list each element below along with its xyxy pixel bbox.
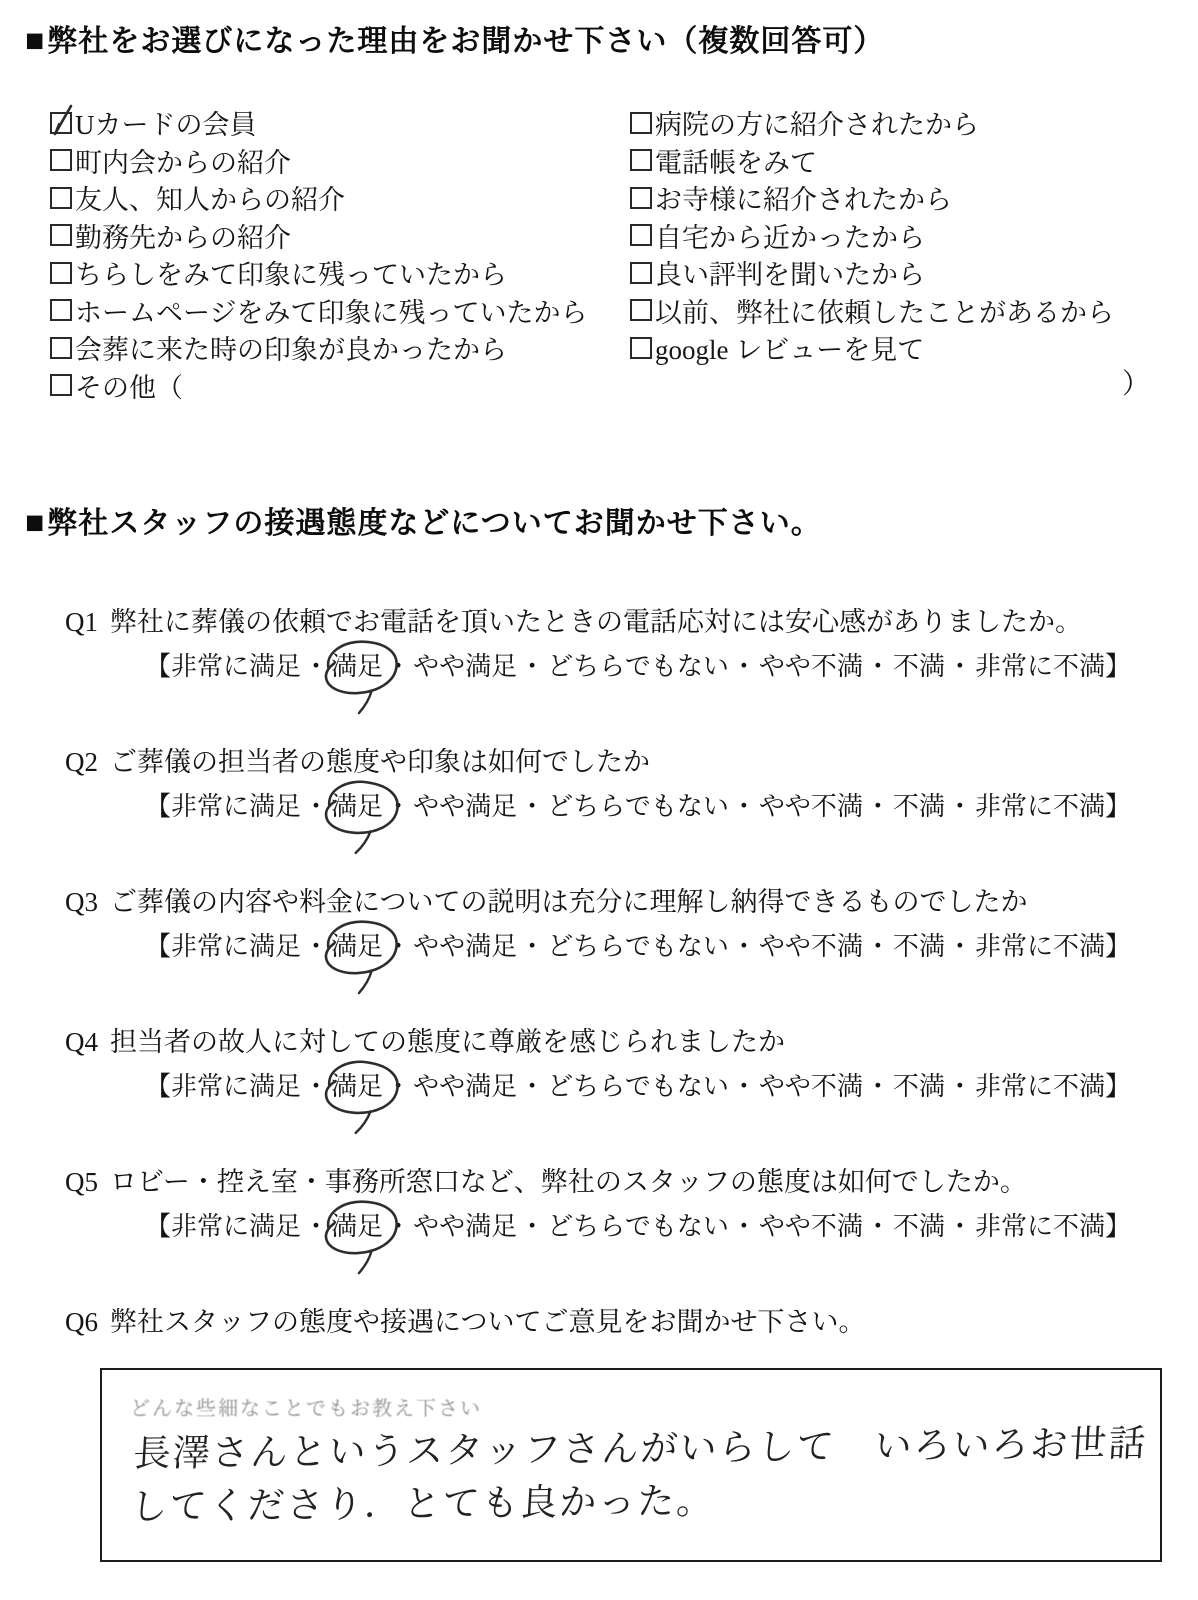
reason-option-label: お寺様に紹介されたから: [655, 178, 952, 217]
scale-separator: ・: [519, 1212, 545, 1241]
scale-option-label: 満足: [331, 932, 383, 961]
scale-separator: ・: [731, 652, 757, 681]
reason-option-label: 友人、知人からの紹介: [75, 178, 345, 217]
scale-option: どちらでもない: [547, 792, 729, 821]
question-text: ご葬儀の内容や料金についての説明は充分に理解し納得できるものでしたか: [110, 887, 1027, 917]
scale-separator: ・: [303, 792, 329, 821]
question-line: Q2ご葬儀の担当者の態度や印象は如何でしたか: [65, 740, 650, 779]
reason-option: 良い評判を聞いたから: [630, 254, 1114, 292]
question-number: Q4: [65, 1027, 98, 1057]
question-line: Q1弊社に葬儀の依頼でお電話を頂いたときの電話応対には安心感がありましたか。: [65, 600, 1082, 639]
scale-open-bracket: 【: [145, 932, 171, 961]
scale-separator: ・: [865, 652, 891, 681]
scale-option: 不満: [893, 652, 945, 681]
comment-box-placeholder: どんな些細なことでもお教え下さい: [130, 1392, 482, 1421]
question-line: Q3ご葬儀の内容や料金についての説明は充分に理解し納得できるものでしたか: [65, 880, 1027, 919]
scale-option-label: 満足: [331, 792, 383, 821]
checkbox-icon: [50, 149, 72, 171]
question-number: Q1: [65, 607, 98, 637]
reason-option-label: 会葬に来た時の印象が良かったから: [75, 328, 507, 367]
reason-option-label: 町内会からの紹介: [75, 141, 291, 180]
checkbox-icon: [630, 224, 652, 246]
reason-option: 勤務先からの紹介: [50, 217, 587, 255]
checkbox-icon: [50, 224, 72, 246]
handwritten-comment: 長澤さんというスタッフさんがいらして いろいろお世話してくださり．とても良かった…: [129, 1417, 1149, 1534]
scale-separator: ・: [385, 1212, 411, 1241]
scale-separator: ・: [947, 652, 973, 681]
scale-option-label: 満足: [331, 1212, 383, 1241]
reason-option: お寺様に紹介されたから: [630, 179, 1114, 217]
question-number: Q2: [65, 747, 98, 777]
checkbox-checked-icon: [50, 112, 72, 134]
rating-scale: 【非常に満足・満足・やや満足・どちらでもない・やや不満・不満・非常に不満】: [145, 1066, 1131, 1103]
scale-close-bracket: 】: [1105, 1212, 1131, 1241]
reason-option-label: その他（: [75, 366, 183, 405]
scale-separator: ・: [947, 932, 973, 961]
question-number: Q5: [65, 1167, 98, 1197]
scale-option: 非常に不満: [975, 1212, 1105, 1241]
scale-option: やや不満: [759, 652, 863, 681]
question-line: Q5ロビー・控え室・事務所窓口など、弊社のスタッフの態度は如何でしたか。: [65, 1160, 1027, 1199]
reason-option-label: 良い評判を聞いたから: [655, 253, 925, 292]
scale-option: やや満足: [413, 1212, 517, 1241]
reason-option-label: 自宅から近かったから: [655, 216, 925, 255]
reason-option-label: 病院の方に紹介されたから: [655, 103, 979, 142]
checkbox-icon: [630, 149, 652, 171]
checkbox-icon: [50, 262, 72, 284]
scale-option-label: 満足: [331, 652, 383, 681]
scale-option: 非常に不満: [975, 792, 1105, 821]
rating-scale: 【非常に満足・満足・やや満足・どちらでもない・やや不満・不満・非常に不満】: [145, 646, 1131, 683]
handwritten-line: 長澤さんというスタッフさんがいらして いろいろお世話: [132, 1417, 1149, 1481]
scale-option: やや満足: [413, 652, 517, 681]
other-close-paren: ）: [1122, 362, 1150, 402]
reason-option: google レビューを見て: [630, 329, 1114, 367]
scale-separator: ・: [731, 932, 757, 961]
scale-close-bracket: 】: [1105, 1072, 1131, 1101]
scale-option: やや満足: [413, 932, 517, 961]
reason-options-left-column: Uカードの会員町内会からの紹介友人、知人からの紹介勤務先からの紹介ちらしをみて印…: [50, 104, 587, 404]
scale-separator: ・: [385, 792, 411, 821]
question-number: Q6: [65, 1307, 98, 1337]
scale-option: どちらでもない: [547, 932, 729, 961]
scale-separator: ・: [385, 932, 411, 961]
scale-separator: ・: [947, 792, 973, 821]
section-reasons-header: ■弊社をお選びになった理由をお聞かせ下さい（複数回答可）: [25, 16, 884, 60]
checkbox-icon: [50, 187, 72, 209]
scale-option: やや不満: [759, 1212, 863, 1241]
scale-separator: ・: [385, 1072, 411, 1101]
scale-option: やや不満: [759, 932, 863, 961]
scale-separator: ・: [865, 932, 891, 961]
checkbox-icon: [630, 299, 652, 321]
scale-option: 非常に満足: [171, 792, 301, 821]
reason-options-right-column: 病院の方に紹介されたから電話帳をみてお寺様に紹介されたから自宅から近かったから良…: [630, 104, 1114, 367]
scale-separator: ・: [865, 792, 891, 821]
reason-option-label: 電話帳をみて: [655, 141, 817, 180]
scale-separator: ・: [303, 1072, 329, 1101]
reason-option: 以前、弊社に依頼したことがあるから: [630, 292, 1114, 330]
reason-option: 会葬に来た時の印象が良かったから: [50, 329, 587, 367]
rating-scale: 【非常に満足・満足・やや満足・どちらでもない・やや不満・不満・非常に不満】: [145, 1206, 1131, 1243]
reason-option: 電話帳をみて: [630, 142, 1114, 180]
section-marker-icon: ■: [25, 22, 45, 58]
scale-separator: ・: [303, 652, 329, 681]
reason-option-label: ちらしをみて印象に残っていたから: [75, 253, 507, 292]
reason-option: 病院の方に紹介されたから: [630, 104, 1114, 142]
reason-option-label: 以前、弊社に依頼したことがあるから: [655, 291, 1114, 330]
scale-option-circled: 満足: [331, 786, 383, 823]
scale-option: どちらでもない: [547, 1212, 729, 1241]
scale-open-bracket: 【: [145, 792, 171, 821]
checkbox-icon: [630, 262, 652, 284]
scale-option: 非常に満足: [171, 652, 301, 681]
scale-separator: ・: [385, 652, 411, 681]
scale-separator: ・: [865, 1072, 891, 1101]
question-q6: Q6弊社スタッフの態度や接遇についてご意見をお聞かせ下さい。: [65, 1300, 865, 1339]
scale-option-circled: 満足: [331, 1066, 383, 1103]
scale-option: やや不満: [759, 792, 863, 821]
scale-separator: ・: [303, 1212, 329, 1241]
scale-option-circled: 満足: [331, 1206, 383, 1243]
checkbox-icon: [630, 187, 652, 209]
scale-close-bracket: 】: [1105, 652, 1131, 681]
section-staff-header: ■弊社スタッフの接遇態度などについてお聞かせ下さい。: [25, 498, 822, 542]
reason-option-label: 勤務先からの紹介: [75, 216, 291, 255]
scale-separator: ・: [731, 1212, 757, 1241]
question-text: 弊社に葬儀の依頼でお電話を頂いたときの電話応対には安心感がありましたか。: [110, 607, 1082, 637]
scale-option: 非常に満足: [171, 1072, 301, 1101]
rating-scale: 【非常に満足・満足・やや満足・どちらでもない・やや不満・不満・非常に不満】: [145, 926, 1131, 963]
scale-separator: ・: [519, 652, 545, 681]
scale-option: やや満足: [413, 1072, 517, 1101]
scale-open-bracket: 【: [145, 1072, 171, 1101]
scale-separator: ・: [731, 1072, 757, 1101]
scale-option-circled: 満足: [331, 646, 383, 683]
handwritten-check-icon: [49, 102, 77, 142]
scale-separator: ・: [303, 932, 329, 961]
question-line: Q4担当者の故人に対しての態度に尊厳を感じられましたか: [65, 1020, 785, 1059]
scale-close-bracket: 】: [1105, 932, 1131, 961]
scale-option: やや満足: [413, 792, 517, 821]
section-marker-icon: ■: [25, 504, 45, 540]
scale-open-bracket: 【: [145, 652, 171, 681]
scale-option: 非常に満足: [171, 932, 301, 961]
scale-separator: ・: [865, 1212, 891, 1241]
section-staff-title: 弊社スタッフの接遇態度などについてお聞かせ下さい。: [47, 507, 821, 540]
scale-open-bracket: 【: [145, 1212, 171, 1241]
scale-separator: ・: [519, 1072, 545, 1101]
section-reasons-title: 弊社をお選びになった理由をお聞かせ下さい（複数回答可）: [47, 25, 884, 58]
scale-option: 不満: [893, 1212, 945, 1241]
checkbox-icon: [50, 337, 72, 359]
scale-option: 非常に不満: [975, 652, 1105, 681]
question-number: Q3: [65, 887, 98, 917]
reason-option-label: ホームページをみて印象に残っていたから: [75, 291, 587, 330]
scale-separator: ・: [731, 792, 757, 821]
scale-option: 不満: [893, 932, 945, 961]
scale-option: 非常に満足: [171, 1212, 301, 1241]
scale-separator: ・: [947, 1072, 973, 1101]
reason-option: 自宅から近かったから: [630, 217, 1114, 255]
question-text: ご葬儀の担当者の態度や印象は如何でしたか: [110, 747, 650, 777]
scale-separator: ・: [519, 792, 545, 821]
scale-option: 非常に不満: [975, 932, 1105, 961]
comment-box: どんな些細なことでもお教え下さい 長澤さんというスタッフさんがいらして いろいろ…: [100, 1368, 1162, 1562]
scale-option: どちらでもない: [547, 652, 729, 681]
reason-option-label: google レビューを見て: [655, 328, 924, 367]
reason-option: Uカードの会員: [50, 104, 587, 142]
reason-option: ホームページをみて印象に残っていたから: [50, 292, 587, 330]
scale-option: やや不満: [759, 1072, 863, 1101]
scale-close-bracket: 】: [1105, 792, 1131, 821]
scale-option-circled: 満足: [331, 926, 383, 963]
checkbox-icon: [630, 337, 652, 359]
checkbox-icon: [50, 374, 72, 396]
reason-option-label: Uカードの会員: [75, 103, 257, 142]
scale-option: 非常に不満: [975, 1072, 1105, 1101]
handwritten-line: してくださり．とても良かった。: [129, 1470, 1146, 1534]
scale-option: 不満: [893, 792, 945, 821]
reason-option: 友人、知人からの紹介: [50, 179, 587, 217]
scale-separator: ・: [947, 1212, 973, 1241]
scale-separator: ・: [519, 932, 545, 961]
checkbox-icon: [50, 299, 72, 321]
scale-option-label: 満足: [331, 1072, 383, 1101]
reason-option: ちらしをみて印象に残っていたから: [50, 254, 587, 292]
checkbox-icon: [630, 112, 652, 134]
scale-option: 不満: [893, 1072, 945, 1101]
question-text: ロビー・控え室・事務所窓口など、弊社のスタッフの態度は如何でしたか。: [110, 1167, 1027, 1197]
question-text: 担当者の故人に対しての態度に尊厳を感じられましたか: [110, 1027, 785, 1057]
question-text: 弊社スタッフの態度や接遇についてご意見をお聞かせ下さい。: [110, 1307, 865, 1337]
scale-option: どちらでもない: [547, 1072, 729, 1101]
reason-option: その他（: [50, 367, 587, 405]
reason-option: 町内会からの紹介: [50, 142, 587, 180]
rating-scale: 【非常に満足・満足・やや満足・どちらでもない・やや不満・不満・非常に不満】: [145, 786, 1131, 823]
